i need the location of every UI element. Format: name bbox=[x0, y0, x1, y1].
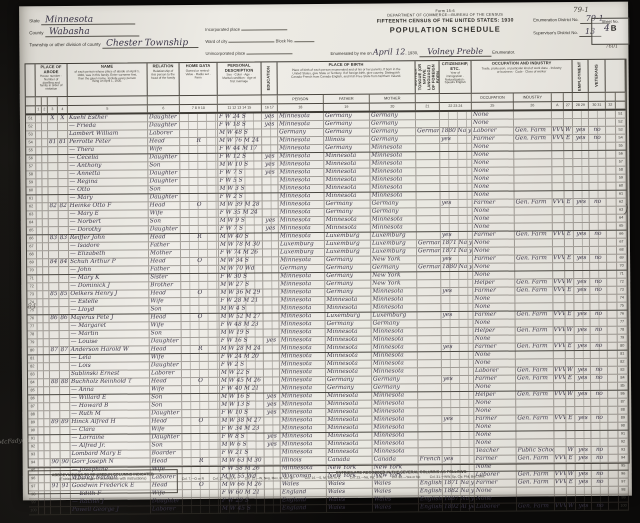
cell-pf: Illinois bbox=[324, 137, 370, 144]
cell-mt bbox=[418, 376, 442, 383]
cell-ln: 90 bbox=[28, 427, 38, 434]
cell-pob: Minnesota bbox=[280, 337, 326, 344]
cell-ln: 65 bbox=[27, 227, 37, 234]
cell-fm bbox=[60, 331, 70, 338]
census-scan-page: { "header": { "form_line": "Form 15-6", … bbox=[0, 0, 640, 523]
cell-ln: 89 bbox=[28, 419, 38, 426]
cell-rel: Father bbox=[149, 242, 181, 249]
group-header: MOTHER TONGUE (OR NATIVE LANGUAGE) OF FO… bbox=[416, 61, 440, 93]
cell-ln: 54 bbox=[26, 139, 36, 146]
column-number: 32 bbox=[606, 102, 616, 109]
cell-mt bbox=[417, 216, 441, 223]
cell-rel: Wife bbox=[148, 146, 180, 153]
column-number: 7 8 9 10 bbox=[180, 105, 218, 112]
cell-em bbox=[575, 431, 591, 438]
cell-hd: O bbox=[182, 378, 220, 385]
cell-cl bbox=[565, 215, 574, 222]
cell-name: Sublinski Ernest bbox=[70, 370, 150, 378]
cell-rel: Head bbox=[148, 138, 180, 145]
cell-cl bbox=[564, 119, 573, 126]
cell-dw bbox=[50, 403, 60, 410]
cell-pf: Minnesota bbox=[324, 185, 370, 192]
cell-name: — Clara bbox=[70, 426, 150, 434]
cell-mt bbox=[416, 112, 440, 119]
cell-fs bbox=[607, 191, 617, 198]
cell-dw: 88 bbox=[50, 379, 60, 386]
cell-vt: no bbox=[589, 135, 606, 142]
sub-header bbox=[589, 93, 606, 101]
cell-lnr: 94 bbox=[619, 455, 629, 462]
cell-mt bbox=[417, 288, 441, 295]
cell-hd bbox=[182, 442, 220, 449]
cell-mt bbox=[418, 432, 442, 439]
cell-name: Buchholz Reinhold T bbox=[70, 378, 150, 386]
cell-em bbox=[575, 359, 591, 366]
cell-hd bbox=[180, 122, 218, 129]
cell-rel: Daughter bbox=[148, 178, 180, 185]
cell-em bbox=[576, 495, 592, 502]
cell-cit: yes bbox=[441, 232, 473, 239]
cell-ed bbox=[263, 265, 279, 272]
cell-rel: Daughter bbox=[149, 226, 181, 233]
cell-hd bbox=[180, 162, 218, 169]
cell-ed bbox=[263, 201, 279, 208]
cell-rel: Laborer bbox=[148, 130, 180, 137]
cell-pf: Minnesota bbox=[326, 441, 372, 448]
cell-cl: W bbox=[567, 503, 576, 510]
cell-ind: Gen. Farm bbox=[517, 455, 555, 462]
cell-occ: None bbox=[473, 192, 515, 199]
cell-pob: Minnesota bbox=[280, 329, 326, 336]
cell-rel: Son bbox=[150, 402, 182, 409]
cell-ind: Gen. Farm bbox=[516, 327, 554, 334]
cell-fm: 83 bbox=[59, 235, 69, 242]
cell-dw bbox=[48, 155, 58, 162]
cell-mt bbox=[416, 152, 440, 159]
cell-mt bbox=[418, 368, 442, 375]
cell-cd bbox=[552, 111, 564, 118]
cell-ind: Gen. Farm bbox=[515, 287, 553, 294]
cell-cit bbox=[441, 304, 473, 311]
cell-ind bbox=[515, 295, 553, 302]
column-number: 11 12 13 14 15 bbox=[218, 104, 262, 111]
cell-cl bbox=[566, 319, 575, 326]
cell-fs bbox=[608, 319, 618, 326]
cell-vt bbox=[591, 431, 608, 438]
cell-ed bbox=[263, 241, 279, 248]
cell-pf: Luxemburg bbox=[325, 241, 371, 248]
cell-fs bbox=[606, 183, 616, 190]
cell-dw bbox=[51, 451, 61, 458]
cell-pf: Germany bbox=[324, 121, 370, 128]
cell-mt bbox=[418, 424, 442, 431]
cell-cd: VVVV bbox=[555, 455, 567, 462]
cell-pf: Germany bbox=[326, 385, 372, 392]
cell-dw bbox=[50, 339, 60, 346]
cell-rel: Head bbox=[150, 418, 182, 425]
county-value: Wabasha bbox=[45, 27, 139, 37]
cell-pob: Minnesota bbox=[279, 201, 325, 208]
cell-cd: VVVV bbox=[554, 415, 566, 422]
cell-rel: Son bbox=[148, 186, 180, 193]
cell-rel: Boarder bbox=[151, 450, 183, 457]
cell-pd: F W 8 S bbox=[220, 433, 264, 440]
cell-ind: Gen. Farm bbox=[516, 415, 554, 422]
sub-header: INDUSTRY bbox=[514, 93, 552, 101]
cell-cit bbox=[442, 336, 474, 343]
cell-rel: Head bbox=[149, 314, 181, 321]
cell-ind bbox=[515, 239, 553, 246]
township-label: Township or other division of county bbox=[29, 42, 100, 48]
cell-cit bbox=[440, 120, 472, 127]
cell-dw bbox=[50, 411, 60, 418]
cell-pm: Minnesota bbox=[371, 288, 417, 295]
cell-pd: M W 52 M 27 bbox=[219, 313, 263, 320]
cell-vt bbox=[591, 351, 608, 358]
cell-mt bbox=[416, 160, 440, 167]
ward-label: Ward of city bbox=[205, 39, 227, 44]
cell-lnr: 66 bbox=[617, 231, 627, 238]
cell-em bbox=[575, 351, 591, 358]
cell-cl: W bbox=[566, 367, 575, 374]
cell-vt: no bbox=[592, 503, 609, 510]
cell-em: yes bbox=[573, 135, 589, 142]
group-title: HOME DATA bbox=[186, 64, 211, 69]
county-line: County Wabasha bbox=[29, 27, 199, 37]
cell-hd bbox=[182, 322, 220, 329]
cell-dw bbox=[50, 371, 60, 378]
cell-ind bbox=[516, 399, 554, 406]
sub-header bbox=[148, 96, 180, 104]
cell-occ: None bbox=[472, 168, 514, 175]
cell-mt: German bbox=[417, 248, 441, 255]
cell-cd bbox=[552, 159, 564, 166]
cell-pd: F W 2 S bbox=[220, 361, 264, 368]
cell-ln: 58 bbox=[26, 171, 36, 178]
cell-cd bbox=[553, 295, 565, 302]
cell-hd: R bbox=[180, 138, 218, 145]
cell-mt: English bbox=[419, 496, 443, 503]
cell-vt bbox=[590, 303, 607, 310]
cell-pob: Minnesota bbox=[280, 409, 326, 416]
cell-name: — Rachel J bbox=[71, 498, 151, 506]
enumerator-name: Volney Preble bbox=[419, 47, 491, 58]
cell-hd bbox=[180, 146, 218, 153]
cell-cl bbox=[564, 175, 573, 182]
cell-cd bbox=[554, 399, 566, 406]
cell-dw bbox=[49, 227, 59, 234]
group-title: RELATION bbox=[153, 64, 174, 69]
cell-ed: yes bbox=[263, 217, 279, 224]
footer-abbrev: Col. 11.—M or F bbox=[212, 477, 236, 481]
cell-lnr: 86 bbox=[618, 391, 628, 398]
cell-name: Schuh Arthur P bbox=[69, 258, 149, 266]
cell-pob: Minnesota bbox=[279, 313, 325, 320]
cell-cit bbox=[442, 384, 474, 391]
group-header: HOME DATAOwned or rented · Value · Radio… bbox=[180, 63, 218, 95]
cell-cit: yes bbox=[441, 288, 473, 295]
cell-ed bbox=[262, 177, 278, 184]
group-title: MOTHER TONGUE (OR NATIVE LANGUAGE) OF FO… bbox=[416, 62, 440, 92]
cell-em: yes bbox=[574, 255, 590, 262]
cell-pob: Minnesota bbox=[279, 257, 325, 264]
cell-pob: Minnesota bbox=[280, 441, 326, 448]
cell-hd bbox=[182, 370, 220, 377]
cell-dw: 85 bbox=[49, 291, 59, 298]
cell-pob: Minnesota bbox=[281, 449, 327, 456]
cell-fm: X bbox=[58, 115, 68, 122]
cell-vt: no bbox=[591, 415, 608, 422]
cell-pd: F W 44 M 17 bbox=[218, 145, 262, 152]
cell-cl bbox=[565, 295, 574, 302]
cell-mt bbox=[416, 136, 440, 143]
ward-blank bbox=[228, 36, 274, 42]
cell-occ: None bbox=[474, 432, 516, 439]
cell-ind bbox=[514, 175, 552, 182]
cell-cit bbox=[442, 328, 474, 335]
cell-pf: Minnesota bbox=[326, 345, 372, 352]
group-title: EMPLOYMENT bbox=[578, 61, 583, 91]
cell-em bbox=[575, 335, 591, 342]
cell-pf: Minnesota bbox=[324, 153, 370, 160]
cell-hd: O bbox=[181, 202, 219, 209]
column-number: 30 31 bbox=[589, 102, 606, 109]
cell-ln: 79 bbox=[28, 339, 38, 346]
cell-fm bbox=[58, 131, 68, 138]
cell-occ: None bbox=[472, 160, 514, 167]
cell-occ: Farmer bbox=[474, 376, 516, 383]
cell-em bbox=[575, 319, 591, 326]
cell-pf: Germany bbox=[325, 209, 371, 216]
cell-cd bbox=[555, 447, 567, 454]
cell-name: Majerus Pete J bbox=[69, 314, 149, 322]
cell-fm bbox=[58, 179, 68, 186]
cell-mt bbox=[416, 144, 440, 151]
cell-cit bbox=[441, 280, 473, 287]
cell-fm bbox=[60, 435, 70, 442]
cell-fs bbox=[608, 399, 618, 406]
cell-name: — Alfred Jr. bbox=[71, 442, 151, 450]
cell-hd bbox=[182, 410, 220, 417]
cell-occ: Farmer bbox=[473, 288, 515, 295]
cell-dw bbox=[49, 219, 59, 226]
cell-vt: no bbox=[591, 367, 608, 374]
cell-em bbox=[575, 439, 591, 446]
cell-pf: Minnesota bbox=[326, 337, 372, 344]
cell-pf: Germany bbox=[324, 129, 370, 136]
cell-mt: German bbox=[417, 264, 441, 271]
cell-occ: None bbox=[474, 360, 516, 367]
cell-cl bbox=[564, 183, 573, 190]
cell-cl bbox=[565, 263, 574, 270]
cell-hd bbox=[181, 210, 219, 217]
cell-fm bbox=[59, 219, 69, 226]
cell-lnr: 100 bbox=[619, 503, 629, 510]
cell-pob: Minnesota bbox=[279, 209, 325, 216]
cell-rel: Son bbox=[149, 218, 181, 225]
cell-hd: R bbox=[181, 234, 219, 241]
cell-rel: Father bbox=[149, 266, 181, 273]
cell-occ: None bbox=[473, 224, 515, 231]
cell-fs bbox=[607, 231, 617, 238]
cell-cit: yes bbox=[441, 256, 473, 263]
cell-occ: Farmer bbox=[474, 416, 516, 423]
cell-ind bbox=[516, 383, 554, 390]
cell-em bbox=[574, 191, 590, 198]
cell-lnr: 92 bbox=[618, 439, 628, 446]
cell-pob: Luxemburg bbox=[279, 249, 325, 256]
cell-ln: 86 bbox=[28, 395, 38, 402]
cell-pd: M W 10 S bbox=[218, 161, 262, 168]
cell-ind: Public School bbox=[517, 447, 555, 454]
cell-ln: 52 bbox=[26, 123, 36, 130]
sheet-number: 4 bbox=[604, 24, 610, 34]
cell-ind bbox=[517, 495, 555, 502]
cell-fs bbox=[608, 335, 618, 342]
cell-pd: F W 5 S bbox=[218, 177, 262, 184]
cell-pm: Luxemburg bbox=[371, 232, 417, 239]
cell-cl bbox=[565, 207, 574, 214]
cell-cd bbox=[552, 167, 564, 174]
cell-lnr: 81 bbox=[618, 351, 628, 358]
cell-lnr: 69 bbox=[617, 255, 627, 262]
cell-pd: F W 30 S bbox=[219, 273, 263, 280]
cell-lnr: 76 bbox=[617, 311, 627, 318]
cell-ind bbox=[515, 303, 553, 310]
cell-hd bbox=[182, 434, 220, 441]
cell-ind bbox=[514, 167, 552, 174]
cell-pd: F W 2 S bbox=[219, 193, 263, 200]
group-description: Owned or rented · Value · Radio set · Fa… bbox=[183, 69, 213, 79]
cell-rel: Daughter bbox=[151, 498, 183, 505]
cell-occ: None bbox=[473, 240, 515, 247]
cell-mt bbox=[418, 416, 442, 423]
cell-ln: 53 bbox=[26, 131, 36, 138]
cell-em: yes bbox=[575, 343, 591, 350]
enumerator-label: Enumerator. bbox=[492, 50, 515, 55]
cell-occ: None bbox=[472, 144, 514, 151]
cell-hd bbox=[180, 186, 218, 193]
cell-fs bbox=[607, 199, 617, 206]
cell-name: — Otto bbox=[68, 186, 148, 194]
cell-cl bbox=[565, 247, 574, 254]
cell-pm: Germany bbox=[370, 128, 416, 135]
cell-vt: no bbox=[590, 199, 607, 206]
cell-fm bbox=[58, 171, 68, 178]
cell-ln: 81 bbox=[28, 355, 38, 362]
cell-lnr: 64 bbox=[617, 215, 627, 222]
cell-name: — Mary bbox=[69, 194, 149, 202]
cell-ed bbox=[263, 257, 279, 264]
cell-occ: None bbox=[473, 272, 515, 279]
cell-ln: 64 bbox=[27, 219, 37, 226]
cell-ln: 62 bbox=[27, 203, 37, 210]
cell-fm bbox=[59, 267, 69, 274]
cell-dw bbox=[49, 267, 59, 274]
cell-rel: Daughter bbox=[149, 194, 181, 201]
cell-pf: Wales bbox=[327, 497, 373, 504]
cell-cit bbox=[442, 368, 474, 375]
cell-ln: 61 bbox=[27, 195, 37, 202]
cell-cit bbox=[443, 448, 475, 455]
cell-fm: 87 bbox=[60, 347, 70, 354]
cell-pob: Minnesota bbox=[279, 225, 325, 232]
cell-hd bbox=[182, 402, 220, 409]
cell-pf: Minnesota bbox=[326, 425, 372, 432]
cell-pob: Minnesota bbox=[279, 233, 325, 240]
cell-cl bbox=[566, 423, 575, 430]
cell-cd: VVVV bbox=[553, 279, 565, 286]
column-number: 28 29 bbox=[573, 102, 589, 109]
cell-cit bbox=[442, 400, 474, 407]
group-header: VETERANS bbox=[589, 60, 606, 92]
cell-rel: Head bbox=[149, 234, 181, 241]
cell-fs bbox=[609, 455, 619, 462]
cell-lnr: 88 bbox=[618, 407, 628, 414]
cell-cl bbox=[566, 439, 575, 446]
cell-ind bbox=[515, 191, 553, 198]
schedule-title: POPULATION SCHEDULE bbox=[325, 24, 565, 35]
cell-cl: E bbox=[565, 231, 574, 238]
cell-ln: 78 bbox=[28, 331, 38, 338]
title-block: Form 15-6 DEPARTMENT OF COMMERCE—BUREAU … bbox=[325, 8, 565, 35]
column-number: 21 bbox=[416, 103, 440, 110]
cell-pm: Minnesota bbox=[370, 184, 416, 191]
cell-rel: Sister bbox=[149, 274, 181, 281]
cell-ind bbox=[516, 407, 554, 414]
cell-pf: Wales bbox=[327, 505, 373, 512]
cell-fm: 82 bbox=[59, 203, 69, 210]
cell-mt bbox=[418, 408, 442, 415]
cell-pf: Minnesota bbox=[325, 217, 371, 224]
cell-pd: M W 16 S bbox=[220, 393, 264, 400]
cell-cl: W bbox=[564, 127, 573, 134]
cell-em bbox=[573, 183, 589, 190]
cell-ln: 68 bbox=[27, 251, 37, 258]
cell-fs bbox=[607, 263, 617, 270]
cell-pm: Minnesota bbox=[371, 296, 417, 303]
cell-mt bbox=[418, 320, 442, 327]
cell-pob: Minnesota bbox=[280, 353, 326, 360]
cell-ed bbox=[265, 457, 281, 464]
cell-vt bbox=[590, 207, 607, 214]
cell-vt bbox=[591, 423, 608, 430]
cell-pob: Minnesota bbox=[278, 121, 324, 128]
cell-pd: F W 29 S bbox=[221, 497, 265, 504]
cell-cd: VVVV bbox=[554, 375, 566, 382]
cell-cl: E bbox=[565, 255, 574, 262]
cell-lnr: 79 bbox=[618, 335, 628, 342]
cell-lnr: 61 bbox=[617, 191, 627, 198]
cell-cl bbox=[564, 159, 573, 166]
cell-mt bbox=[418, 384, 442, 391]
cell-rel: Wife bbox=[150, 426, 182, 433]
cell-vt bbox=[589, 159, 606, 166]
sub-header bbox=[606, 93, 616, 101]
cell-pd: F W 74 M 26 bbox=[219, 249, 263, 256]
cell-hd bbox=[181, 242, 219, 249]
cell-ind bbox=[514, 111, 552, 118]
cell-mt bbox=[416, 120, 440, 127]
cell-em bbox=[574, 263, 590, 270]
cell-em bbox=[573, 159, 589, 166]
cell-dw bbox=[48, 123, 58, 130]
cell-fs bbox=[608, 351, 618, 358]
cell-name: Hinck Alfred H bbox=[70, 418, 150, 426]
cell-pf: Minnesota bbox=[326, 409, 372, 416]
cell-em: yes bbox=[575, 415, 591, 422]
cell-ed: yes bbox=[264, 401, 280, 408]
